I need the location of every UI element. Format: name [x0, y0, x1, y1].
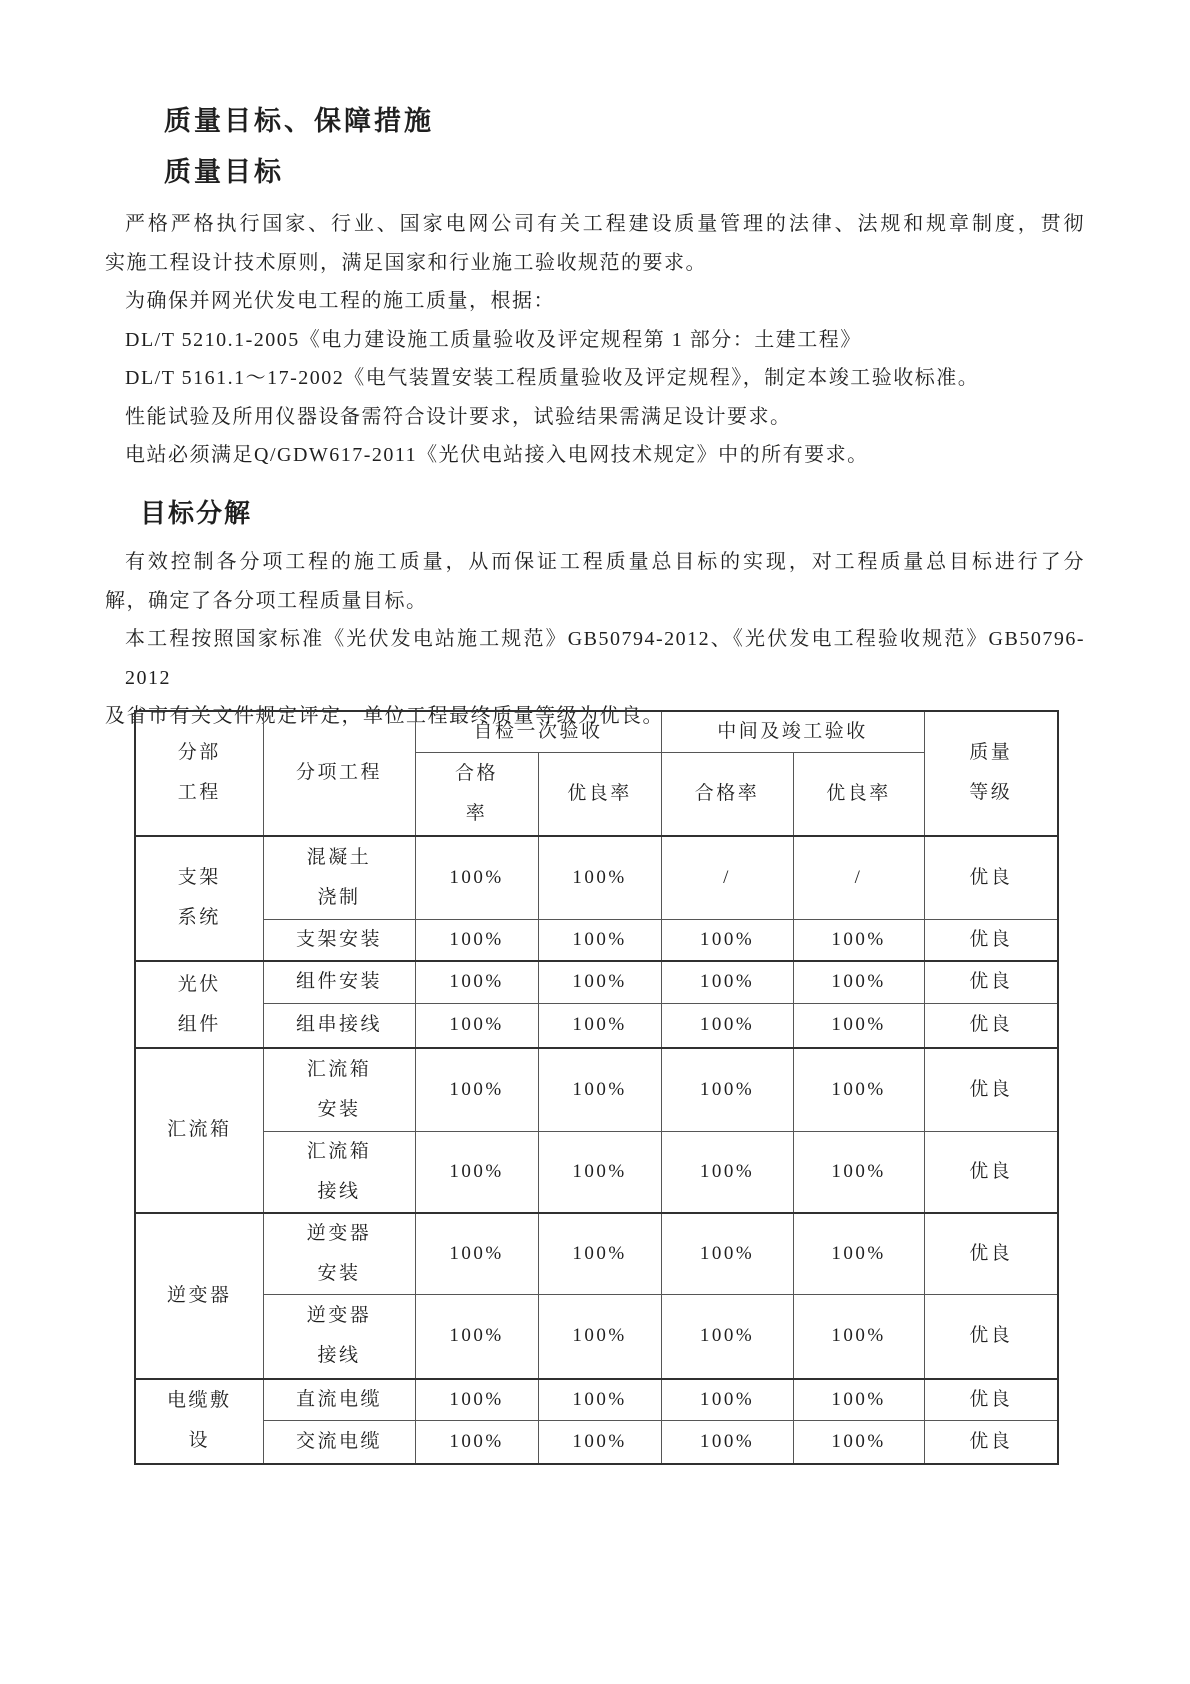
grade-cell: 优良: [924, 1131, 1058, 1213]
group-name-cell: 光伏 组件: [135, 961, 263, 1048]
header-selfcheck-group-cell: 自检一次验收: [415, 711, 661, 753]
rate-cell: 100%: [793, 1379, 924, 1421]
document-page: 质量目标、保障措施 质量目标 严格严格执行国家、行业、国家电网公司有关工程建设质…: [0, 0, 1190, 1684]
rate-cell: 100%: [661, 1131, 793, 1213]
item-name-cell: 汇流箱 接线: [263, 1131, 415, 1213]
grade-cell: 优良: [924, 836, 1058, 920]
rate-cell: 100%: [538, 1421, 661, 1464]
rate-cell: 100%: [793, 920, 924, 962]
rate-cell: 100%: [415, 1003, 538, 1048]
item-name-cell: 组串接线: [263, 1003, 415, 1048]
rate-cell: 100%: [661, 1379, 793, 1421]
rate-cell: 100%: [661, 961, 793, 1003]
rate-cell: 100%: [415, 1131, 538, 1213]
grade-cell: 优良: [924, 1048, 1058, 1131]
group-name-cell: 逆变器: [135, 1213, 263, 1379]
item-name-cell: 组件安装: [263, 961, 415, 1003]
header-interim-group-cell: 中间及竣工验收: [661, 711, 924, 753]
rate-cell: 100%: [415, 1213, 538, 1295]
item-name-cell: 汇流箱 安装: [263, 1048, 415, 1131]
rate-cell: 100%: [661, 1048, 793, 1131]
header-part-cell: 分部 工程: [135, 711, 263, 836]
header-self-pass-rate-cell: 合格 率: [415, 753, 538, 836]
header-mid-excellent-rate-cell: 优良率: [793, 753, 924, 836]
grade-cell: 优良: [924, 1003, 1058, 1048]
header-self-excellent-rate-cell: 优良率: [538, 753, 661, 836]
header-grade-cell: 质量 等级: [924, 711, 1058, 836]
rate-cell: 100%: [538, 836, 661, 920]
item-name-cell: 交流电缆: [263, 1421, 415, 1464]
rate-cell: 100%: [793, 1421, 924, 1464]
header-mid-pass-rate-cell: 合格率: [661, 753, 793, 836]
header-item-cell: 分项工程: [263, 711, 415, 836]
paragraph-line: 电站必须满足Q/GDW617-2011《光伏电站接入电网技术规定》中的所有要求。: [105, 436, 1085, 475]
grade-cell: 优良: [924, 1295, 1058, 1379]
heading-quality-target: 质量目标: [164, 150, 284, 189]
rate-cell: 100%: [793, 1048, 924, 1131]
paragraph-line: 为确保并网光伏发电工程的施工质量，根据：: [105, 282, 1085, 321]
item-name-cell: 直流电缆: [263, 1379, 415, 1421]
rate-cell: 100%: [538, 1295, 661, 1379]
rate-cell: 100%: [538, 1213, 661, 1295]
paragraph-line: DL/T 5161.1～17-2002《电气装置安装工程质量验收及评定规程》，制…: [105, 359, 1085, 398]
rate-cell: 100%: [415, 1048, 538, 1131]
paragraph-line: DL/T 5210.1-2005《电力建设施工质量验收及评定规程第 1 部分：土…: [105, 321, 1085, 360]
rate-cell: 100%: [538, 920, 661, 962]
body-text-block-2: 有效控制各分项工程的施工质量，从而保证工程质量总目标的实现，对工程质量总目标进行…: [105, 543, 1085, 736]
item-name-cell: 逆变器 安装: [263, 1213, 415, 1295]
rate-cell: 100%: [793, 1131, 924, 1213]
rate-cell: 100%: [661, 1295, 793, 1379]
rate-cell: /: [793, 836, 924, 920]
group-name-cell: 支架 系统: [135, 836, 263, 962]
heading-target-breakdown: 目标分解: [140, 493, 252, 530]
rate-cell: /: [661, 836, 793, 920]
rate-cell: 100%: [793, 1213, 924, 1295]
paragraph-line: 解，确定了各分项工程质量目标。: [105, 582, 1085, 621]
rate-cell: 100%: [793, 961, 924, 1003]
quality-table: 分部 工程 分项工程 自检一次验收 中间及竣工验收 质量 等级 合格 率 优良率…: [134, 710, 1059, 1465]
rate-cell: 100%: [793, 1003, 924, 1048]
group-name-cell: 电缆敷 设: [135, 1379, 263, 1464]
grade-cell: 优良: [924, 1379, 1058, 1421]
paragraph-line: 严格严格执行国家、行业、国家电网公司有关工程建设质量管理的法律、法规和规章制度，…: [105, 205, 1085, 244]
item-name-cell: 逆变器 接线: [263, 1295, 415, 1379]
paragraph-line: 有效控制各分项工程的施工质量，从而保证工程质量总目标的实现，对工程质量总目标进行…: [105, 543, 1085, 582]
rate-cell: 100%: [415, 1379, 538, 1421]
grade-cell: 优良: [924, 920, 1058, 962]
heading-main: 质量目标、保障措施: [164, 99, 434, 138]
rate-cell: 100%: [661, 1213, 793, 1295]
rate-cell: 100%: [793, 1295, 924, 1379]
paragraph-line: 性能试验及所用仪器设备需符合设计要求，试验结果需满足设计要求。: [105, 398, 1085, 437]
rate-cell: 100%: [415, 961, 538, 1003]
body-text-block-1: 严格严格执行国家、行业、国家电网公司有关工程建设质量管理的法律、法规和规章制度，…: [105, 205, 1085, 475]
rate-cell: 100%: [415, 1421, 538, 1464]
rate-cell: 100%: [661, 1003, 793, 1048]
grade-cell: 优良: [924, 1421, 1058, 1464]
rate-cell: 100%: [661, 1421, 793, 1464]
paragraph-line: 本工程按照国家标准《光伏发电站施工规范》GB50794-2012、《光伏发电工程…: [105, 620, 1085, 697]
rate-cell: 100%: [415, 1295, 538, 1379]
rate-cell: 100%: [538, 1048, 661, 1131]
paragraph-line: 实施工程设计技术原则，满足国家和行业施工验收规范的要求。: [105, 244, 1085, 283]
item-name-cell: 混凝土 浇制: [263, 836, 415, 920]
rate-cell: 100%: [415, 920, 538, 962]
rate-cell: 100%: [661, 920, 793, 962]
rate-cell: 100%: [538, 1003, 661, 1048]
rate-cell: 100%: [538, 1379, 661, 1421]
grade-cell: 优良: [924, 961, 1058, 1003]
grade-cell: 优良: [924, 1213, 1058, 1295]
rate-cell: 100%: [538, 961, 661, 1003]
rate-cell: 100%: [538, 1131, 661, 1213]
item-name-cell: 支架安装: [263, 920, 415, 962]
group-name-cell: 汇流箱: [135, 1048, 263, 1213]
rate-cell: 100%: [415, 836, 538, 920]
